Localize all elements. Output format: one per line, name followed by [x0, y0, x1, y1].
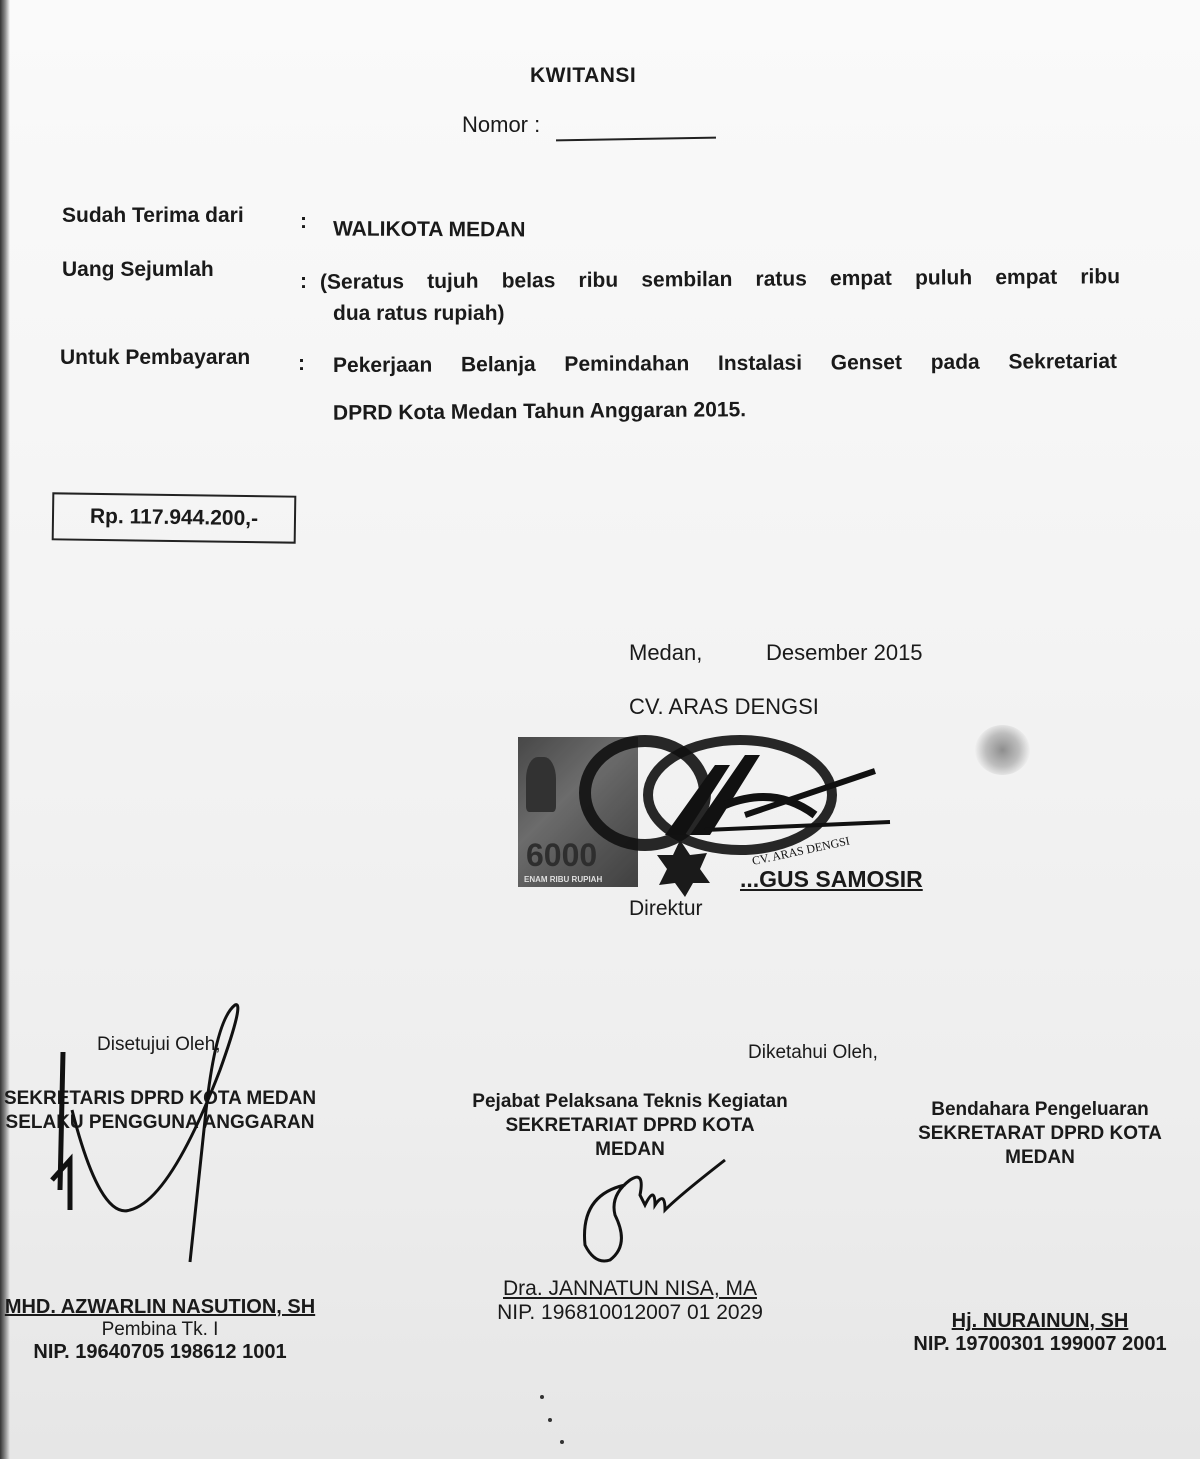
signatory-center-role-line3: MEDAN [420, 1138, 840, 1162]
field-colon: : [300, 210, 307, 234]
field-label-amount-words: Uang Sejumlah [62, 258, 214, 282]
signatory-right-name: Hj. NURAINUN, SH [880, 1310, 1200, 1333]
signatory-center-details: Dra. JANNATUN NISA, MA NIP. 196810012007… [420, 1277, 840, 1325]
field-value-amount-words-line2: dua ratus rupiah) [333, 292, 505, 336]
field-label-received-from: Sudah Terima dari [62, 204, 244, 228]
field-value-payment-for-line2: DPRD Kota Medan Tahun Anggaran 2015. [333, 388, 746, 436]
ink-speck [548, 1418, 552, 1422]
ink-speck [560, 1440, 564, 1444]
amount-value: Rp. 117.944.200,- [90, 505, 258, 531]
field-value-received-from: WALIKOTA MEDAN [333, 207, 526, 252]
field-colon: : [298, 352, 305, 376]
signatory-left-rank: Pembina Tk. I [0, 1319, 360, 1341]
amount-box: Rp. 117.944.200,- [52, 492, 297, 543]
signatory-right: Bendahara Pengeluaran SEKRETARAT DPRD KO… [880, 1098, 1200, 1170]
document-title: KWITANSI [530, 64, 636, 88]
field-label-payment-for: Untuk Pembayaran [60, 346, 250, 370]
ink-speck [540, 1395, 544, 1399]
signatory-left-details: MHD. AZWARLIN NASUTION, SH Pembina Tk. I… [0, 1296, 360, 1364]
signatory-center: Pejabat Pelaksana Teknis Kegiatan SEKRET… [420, 1090, 840, 1162]
signatory-right-role-line2: SEKRETARAT DPRD KOTA [880, 1122, 1200, 1146]
paper-edge-shadow [0, 0, 10, 1459]
director-name: ...GUS SAMOSIR [740, 866, 923, 893]
field-colon: : [300, 270, 307, 294]
signatory-left-name: MHD. AZWARLIN NASUTION, SH [0, 1296, 360, 1319]
signatory-center-nip: NIP. 196810012007 01 2029 [420, 1301, 840, 1325]
signature-center-icon [570, 1165, 750, 1275]
signatory-center-role-line2: SEKRETARIAT DPRD KOTA [420, 1114, 840, 1138]
signatory-center-name: Dra. JANNATUN NISA, MA [420, 1277, 840, 1301]
field-value-payment-for-line1: Pekerjaan Belanja Pemindahan Instalasi G… [333, 340, 1117, 388]
director-title: Direktur [629, 897, 703, 921]
date: Desember 2015 [766, 640, 923, 666]
signatory-right-nip: NIP. 19700301 199007 2001 [880, 1333, 1200, 1356]
acknowledged-by-label: Diketahui Oleh, [748, 1042, 878, 1064]
signature-left-icon [30, 1000, 260, 1280]
company-name: CV. ARAS DENGSI [629, 694, 819, 720]
signatory-center-role-line1: Pejabat Pelaksana Teknis Kegiatan [420, 1090, 840, 1114]
place: Medan, [629, 640, 702, 666]
ink-smudge [975, 725, 1030, 775]
signatory-right-role-line3: MEDAN [880, 1146, 1200, 1170]
signatory-right-details: Hj. NURAINUN, SH NIP. 19700301 199007 20… [880, 1310, 1200, 1356]
signatory-right-role-line1: Bendahara Pengeluaran [880, 1098, 1200, 1122]
number-label: Nomor : [462, 112, 540, 138]
signatory-left-nip: NIP. 19640705 198612 1001 [0, 1341, 360, 1364]
